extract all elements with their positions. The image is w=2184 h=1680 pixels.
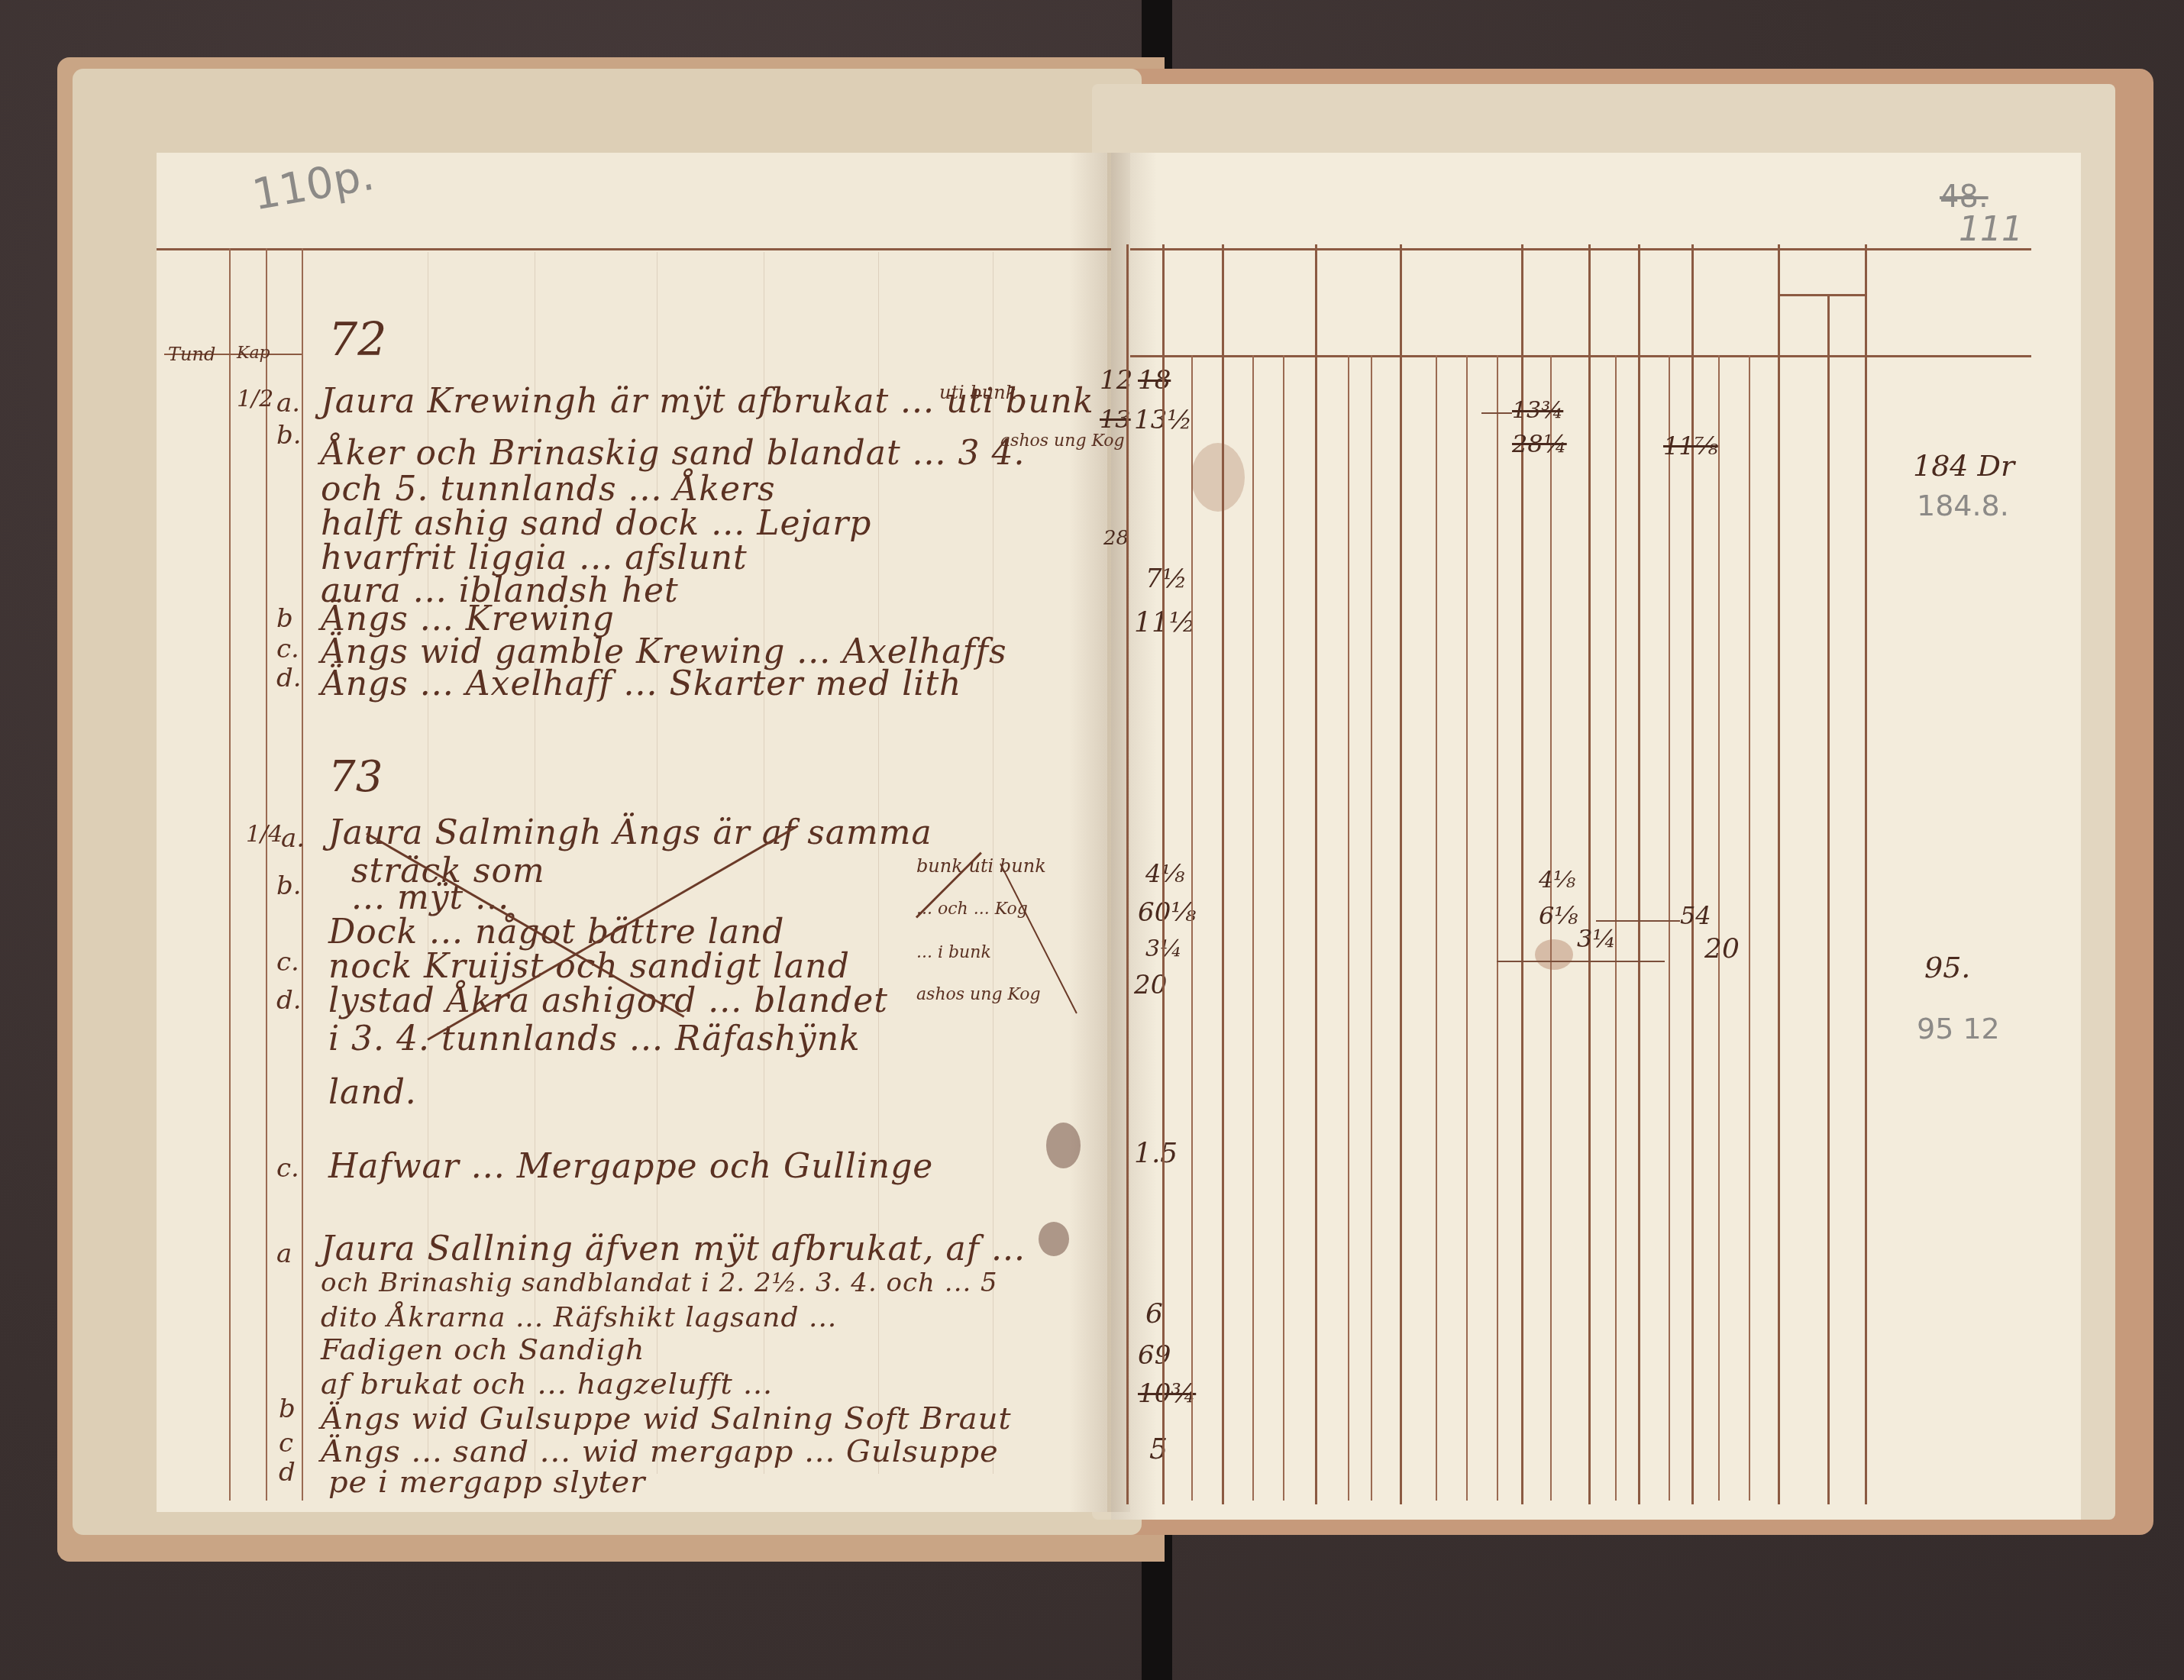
figure-struck: 11⅞ [1663, 431, 1718, 460]
figure-struck: 13¾ [1512, 397, 1563, 424]
line-letter: c. [276, 634, 299, 664]
side-note: ashos ung Kog [916, 985, 1041, 1004]
column-rule [1827, 294, 1830, 1504]
entry-line: och 5. tunnlands ... Åkers [321, 470, 776, 509]
amount: 28 [1103, 527, 1129, 550]
entry-line: Ängs wid Gulsuppe wid Salning Soft Braut [321, 1401, 1012, 1436]
entry-line: i 3. 4. tunnlands ... Räfashÿnk [328, 1019, 861, 1058]
entry-number-73: 73 [328, 752, 383, 802]
column-rule [1222, 244, 1224, 1504]
column-rule [1778, 244, 1780, 1504]
entry-line: halft ashig sand dock ... Lejarp [321, 504, 872, 543]
column-rule [1588, 244, 1591, 1504]
amount: 11½ [1134, 607, 1196, 638]
entry-line: Jaura Sallning äfven mÿt afbrukat, af ..… [321, 1229, 1026, 1268]
side-note: ashos ung Kog [1000, 431, 1125, 451]
line-letter: c [279, 1428, 293, 1459]
amount: 69 [1138, 1340, 1171, 1371]
line-letter: a. [281, 823, 305, 854]
header-bottom-rule [1130, 355, 2031, 357]
ink-stain [1535, 939, 1573, 970]
line-letter: c. [276, 947, 299, 977]
line-letter: d. [276, 663, 302, 693]
amount: 1.5 [1134, 1138, 1178, 1169]
total-pencil: 95 12 [1917, 1012, 2000, 1045]
line-letter: a. [276, 388, 300, 418]
entry-line: pe i mergapp slyter [328, 1465, 645, 1500]
line-letter: d [279, 1457, 296, 1488]
entry-line: Dock ... något bättre land [328, 913, 785, 951]
column-rule [266, 248, 267, 1501]
ink-blot [1039, 1222, 1069, 1256]
sub-header-rule [1779, 294, 1867, 296]
column-rule [1865, 244, 1867, 1504]
amount: 60⅛ [1138, 897, 1196, 928]
line-letter: a [276, 1239, 292, 1269]
line-letter: b [279, 1394, 296, 1424]
figure: 3¼ [1577, 924, 1616, 953]
figure: 6⅛ [1539, 901, 1578, 930]
margin-fraction: 1/2 [237, 386, 273, 412]
entry-line: ... mÿt ... [351, 878, 509, 917]
amount: 5 [1149, 1432, 1168, 1465]
total-ink: 184 Dr [1913, 449, 2014, 483]
ink-stain [1191, 443, 1245, 512]
side-note: bunk uti bunk [916, 855, 1046, 877]
column-rule [1315, 244, 1317, 1504]
figure-struck: 28¼ [1512, 429, 1567, 458]
line-letter: c. [276, 1153, 299, 1184]
total-pencil: 184.8. [1917, 489, 2009, 522]
figure: 4⅛ [1539, 867, 1575, 893]
figure: 54 [1680, 901, 1711, 930]
entry-line: lystad Åkra ashigord ... blandet [328, 981, 888, 1020]
entry-line: Hafwar ... Mergappe och Gullinge [328, 1147, 933, 1186]
figure: 20 [1704, 933, 1740, 964]
side-note: uti bunk [939, 382, 1016, 403]
column-header-kap: Kap [237, 344, 270, 363]
amount: 10¾ [1138, 1378, 1196, 1409]
line-letter: d. [276, 985, 302, 1016]
entry-line: Ängs ... Axelhaff ... Skarter med lith [321, 664, 961, 703]
column-rule [1638, 244, 1640, 1504]
right-page [1111, 153, 2081, 1520]
line-letter: b [276, 603, 293, 634]
entry-line: land. [328, 1073, 417, 1112]
total-ink: 95. [1924, 951, 1970, 984]
line-letter: b. [276, 871, 302, 901]
column-rule [229, 248, 231, 1501]
side-note: ... i bunk [916, 943, 991, 962]
entry-number-72: 72 [328, 313, 386, 367]
column-rule [1400, 244, 1402, 1504]
column-header-tund: Tund [168, 344, 215, 365]
margin-fraction: 1/4 [246, 821, 283, 848]
ink-blot [1046, 1123, 1081, 1168]
entry-line: Jaura Salmingh Ängs är af samma [328, 813, 932, 852]
line-letter: b. [276, 420, 302, 451]
entry-line: dito Åkrarna ... Räfshikt lagsand ... [321, 1302, 837, 1333]
header-rule [157, 248, 1111, 250]
pencil-folio-number: 111 [1959, 210, 2023, 249]
entry-line: nock Kruijst och sandigt land [328, 947, 850, 986]
entry-line: Åker och Brinaskig sand blandat ... 3 4. [321, 434, 1026, 473]
amount: 6 [1145, 1298, 1163, 1329]
amount: 18 [1138, 365, 1171, 396]
entry-line: och Brinashig sandblandat i 2. 2½. 3. 4.… [321, 1268, 998, 1298]
entry-line: Fadigen och Sandigh [321, 1333, 645, 1366]
column-rule [302, 248, 303, 1501]
side-note: ... och ... Kog [916, 900, 1028, 919]
column-rule [1126, 244, 1129, 1504]
amount: 4⅛ [1145, 859, 1184, 888]
column-rule [1162, 244, 1165, 1504]
amount: 7½ [1145, 564, 1187, 594]
entry-line: af brukat och ... hagzelufft ... [321, 1367, 773, 1401]
top-rule [1130, 248, 2031, 250]
